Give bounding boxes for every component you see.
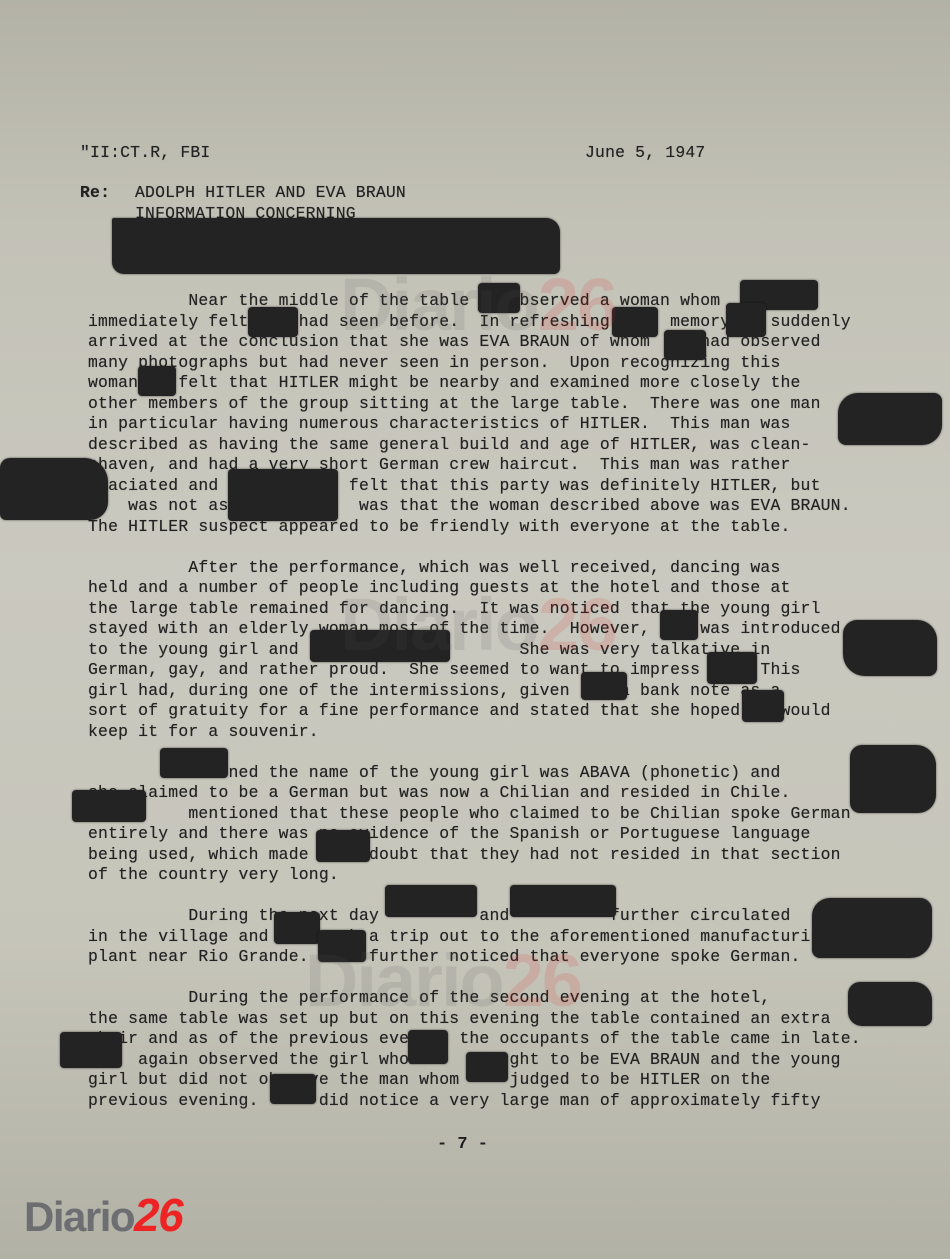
body-line: After the performance, which was well re… [88,558,780,578]
redaction-block [850,745,936,813]
redaction-block [138,366,176,396]
document-page: "II:CT.R, FBI June 5, 1947 Re: ADOLPH HI… [0,0,950,1259]
redaction-block [0,458,108,520]
body-line: described as having the same general bui… [88,435,811,455]
body-line: stayed with an elderly woman most of the… [88,619,841,639]
subject-line-1: ADOLPH HITLER AND EVA BRAUN [135,183,406,203]
document-date: June 5, 1947 [585,143,705,163]
redaction-block [274,912,320,944]
redaction-block [612,307,658,337]
body-line: During the performance of the second eve… [88,988,770,1008]
body-line: The HITLER suspect appeared to be friend… [88,517,791,537]
body-line: German, gay, and rather proud. She seeme… [88,660,801,680]
body-line: emaciated and felt that this party was d… [88,476,821,496]
redaction-block [466,1052,508,1082]
body-line: of the country very long. [88,865,339,885]
body-line: girl had, during one of the intermission… [88,681,780,701]
addressee: "II:CT.R, FBI [80,143,210,163]
body-line: held and a number of people including gu… [88,578,791,598]
redaction-block [270,1074,316,1104]
redaction-block [660,610,698,640]
redaction-block [60,1032,122,1068]
redaction-block [112,218,560,274]
redaction-block [812,898,932,958]
redaction-block [478,283,520,313]
body-line: mentioned that these people who claimed … [88,804,851,824]
redaction-block [316,830,370,862]
body-line: girl but did not observe the man whom ju… [88,1070,770,1090]
body-line: was not as sure as was that the woman de… [88,496,851,516]
brand-logo-text: Diario [24,1193,134,1240]
redaction-block [838,393,942,445]
page-number: - 7 - [437,1135,488,1154]
redaction-block [248,307,298,337]
redaction-block [707,652,757,684]
body-line: plant near Rio Grande. further noticed t… [88,947,801,967]
redaction-block [228,469,338,521]
re-label: Re: [80,183,110,203]
body-line: chair and as of the previous evening the… [88,1029,861,1049]
redaction-block [160,748,228,778]
brand-logo-number: 26 [134,1189,182,1241]
redaction-block [318,930,366,962]
body-line: arrived at the conclusion that she was E… [88,332,821,352]
redaction-block [385,885,477,917]
body-line: again observed the girl whom thought to … [88,1050,841,1070]
body-line: entirely and there was no evidence of th… [88,824,811,844]
body-line: she claimed to be a German but was now a… [88,783,791,803]
redaction-block [510,885,616,917]
body-line: in particular having numerous characteri… [88,414,791,434]
redaction-block [843,620,937,676]
redaction-block [664,330,706,360]
body-line: the same table was set up but on this ev… [88,1009,831,1029]
body-line: being used, which made doubt that they h… [88,845,841,865]
body-line: keep it for a souvenir. [88,722,319,742]
redaction-block [581,672,627,700]
body-line: woman felt that HITLER might be nearby a… [88,373,801,393]
brand-logo: Diario26 [24,1188,182,1242]
body-line: in the village and took a trip out to th… [88,927,831,947]
redaction-block [72,790,146,822]
redaction-block [408,1030,448,1064]
body-line: sort of gratuity for a fine performance … [88,701,831,721]
body-line: the large table remained for dancing. It… [88,599,821,619]
body-line: other members of the group sitting at th… [88,394,821,414]
body-line: previous evening. did notice a very larg… [88,1091,821,1111]
body-line: shaven, and had a very short German crew… [88,455,791,475]
redaction-block [310,630,450,662]
redaction-block [848,982,932,1026]
redaction-block [742,690,784,722]
redaction-block [726,303,766,337]
